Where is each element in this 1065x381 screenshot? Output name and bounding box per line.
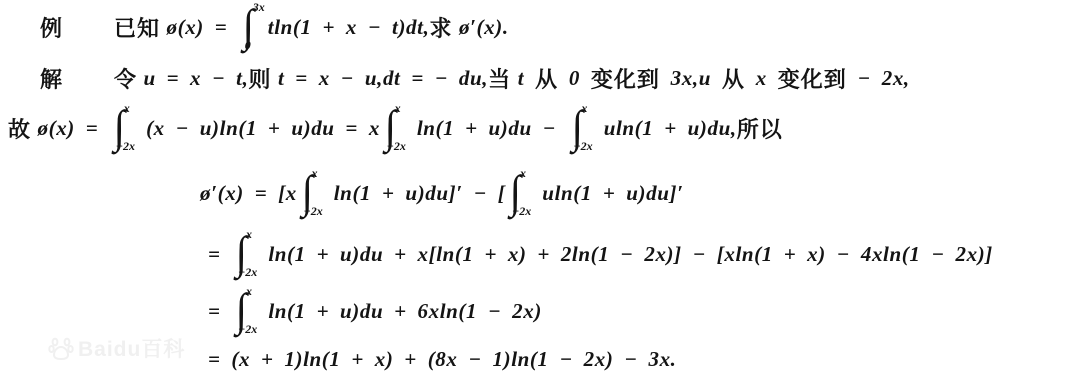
cjk-text: 从 <box>722 63 745 94</box>
cjk-text: 所以 <box>737 113 783 144</box>
integral-sign: ∫x−2x <box>301 167 332 217</box>
math-text: ø(x) = <box>38 116 110 141</box>
cjk-text: 已知 <box>114 12 167 43</box>
math-text: = <box>208 299 231 324</box>
cjk-text: 变化到 <box>778 63 847 94</box>
math-text: = (x + 1)ln(1 + x) + (8x − 1)ln(1 − 2x) … <box>208 347 677 372</box>
math-text: ln(1 + u)du + 6xln(1 − 2x) <box>268 299 542 324</box>
paragraph-label: 解 <box>40 63 114 94</box>
math-text: t <box>518 66 535 91</box>
math-text: 0 <box>558 66 591 91</box>
math-text: ln(1 + u)du − <box>417 116 567 141</box>
integral-sign: ∫x−2x <box>235 228 266 278</box>
integral-sign: ∫x−2x <box>113 102 144 152</box>
math-text: − 2x, <box>847 66 910 91</box>
math-text: = <box>208 242 231 267</box>
integral-sign: ∫3x0 <box>242 1 266 51</box>
solution-rewrite-line: 故 ø(x) = ∫x−2x(x − u)ln(1 + u)du = x∫x−2… <box>0 98 1065 158</box>
textbook-page: 例已知 ø(x) = ∫3x0tln(1 + x − t)dt,求 ø′(x).… <box>0 0 1065 381</box>
math-text: uln(1 + u)du, <box>604 116 737 141</box>
integral-sign: ∫x−2x <box>384 102 415 152</box>
derivative-line-1: ø′(x) = [x∫x−2xln(1 + u)du]′ − [∫x−2xuln… <box>0 162 1065 224</box>
math-text: ln(1 + u)du + x[ln(1 + x) + 2ln(1 − 2x)]… <box>268 242 993 267</box>
math-text: t = x − u,dt = − du, <box>278 66 488 91</box>
cjk-text: 则 <box>248 63 278 94</box>
cjk-text: 令 <box>114 63 144 94</box>
cjk-text: 当 <box>488 63 518 94</box>
integral-sign: ∫x−2x <box>235 285 266 335</box>
math-text: ø′(x) = [x <box>200 181 297 206</box>
cjk-text: 变化到 <box>591 63 660 94</box>
cjk-text: 从 <box>535 63 558 94</box>
derivative-line-2: = ∫x−2xln(1 + u)du + x[ln(1 + x) + 2ln(1… <box>0 224 1065 284</box>
math-text: ln(1 + u)du]′ − [ <box>334 181 506 206</box>
integral-sign: ∫x−2x <box>509 167 540 217</box>
example-statement-line: 例已知 ø(x) = ∫3x0tln(1 + x − t)dt,求 ø′(x). <box>0 2 1065 52</box>
cjk-text: 求 <box>429 12 459 43</box>
paragraph-label: 例 <box>40 12 114 43</box>
math-text: tln(1 + x − t)dt, <box>268 15 430 40</box>
derivative-line-3: = ∫x−2xln(1 + u)du + 6xln(1 − 2x) <box>0 282 1065 340</box>
cjk-text: 故 <box>8 113 38 144</box>
math-text: uln(1 + u)du]′ <box>542 181 683 206</box>
math-text: x <box>745 66 778 91</box>
solution-substitution-line: 解令 u = x − t,则 t = x − u,dt = − du,当 t 从… <box>0 58 1065 98</box>
baidu-paw-icon <box>48 335 74 361</box>
math-text: ø′(x). <box>459 15 509 40</box>
math-text: (x − u)ln(1 + u)du = x <box>146 116 380 141</box>
watermark-text: Baidu百科 <box>78 333 185 363</box>
integral-sign: ∫x−2x <box>571 102 602 152</box>
math-text: u = x − t, <box>144 66 249 91</box>
watermark: Baidu百科 <box>48 333 185 363</box>
math-text: ø(x) = <box>167 15 239 40</box>
math-text: 3x,u <box>660 66 722 91</box>
